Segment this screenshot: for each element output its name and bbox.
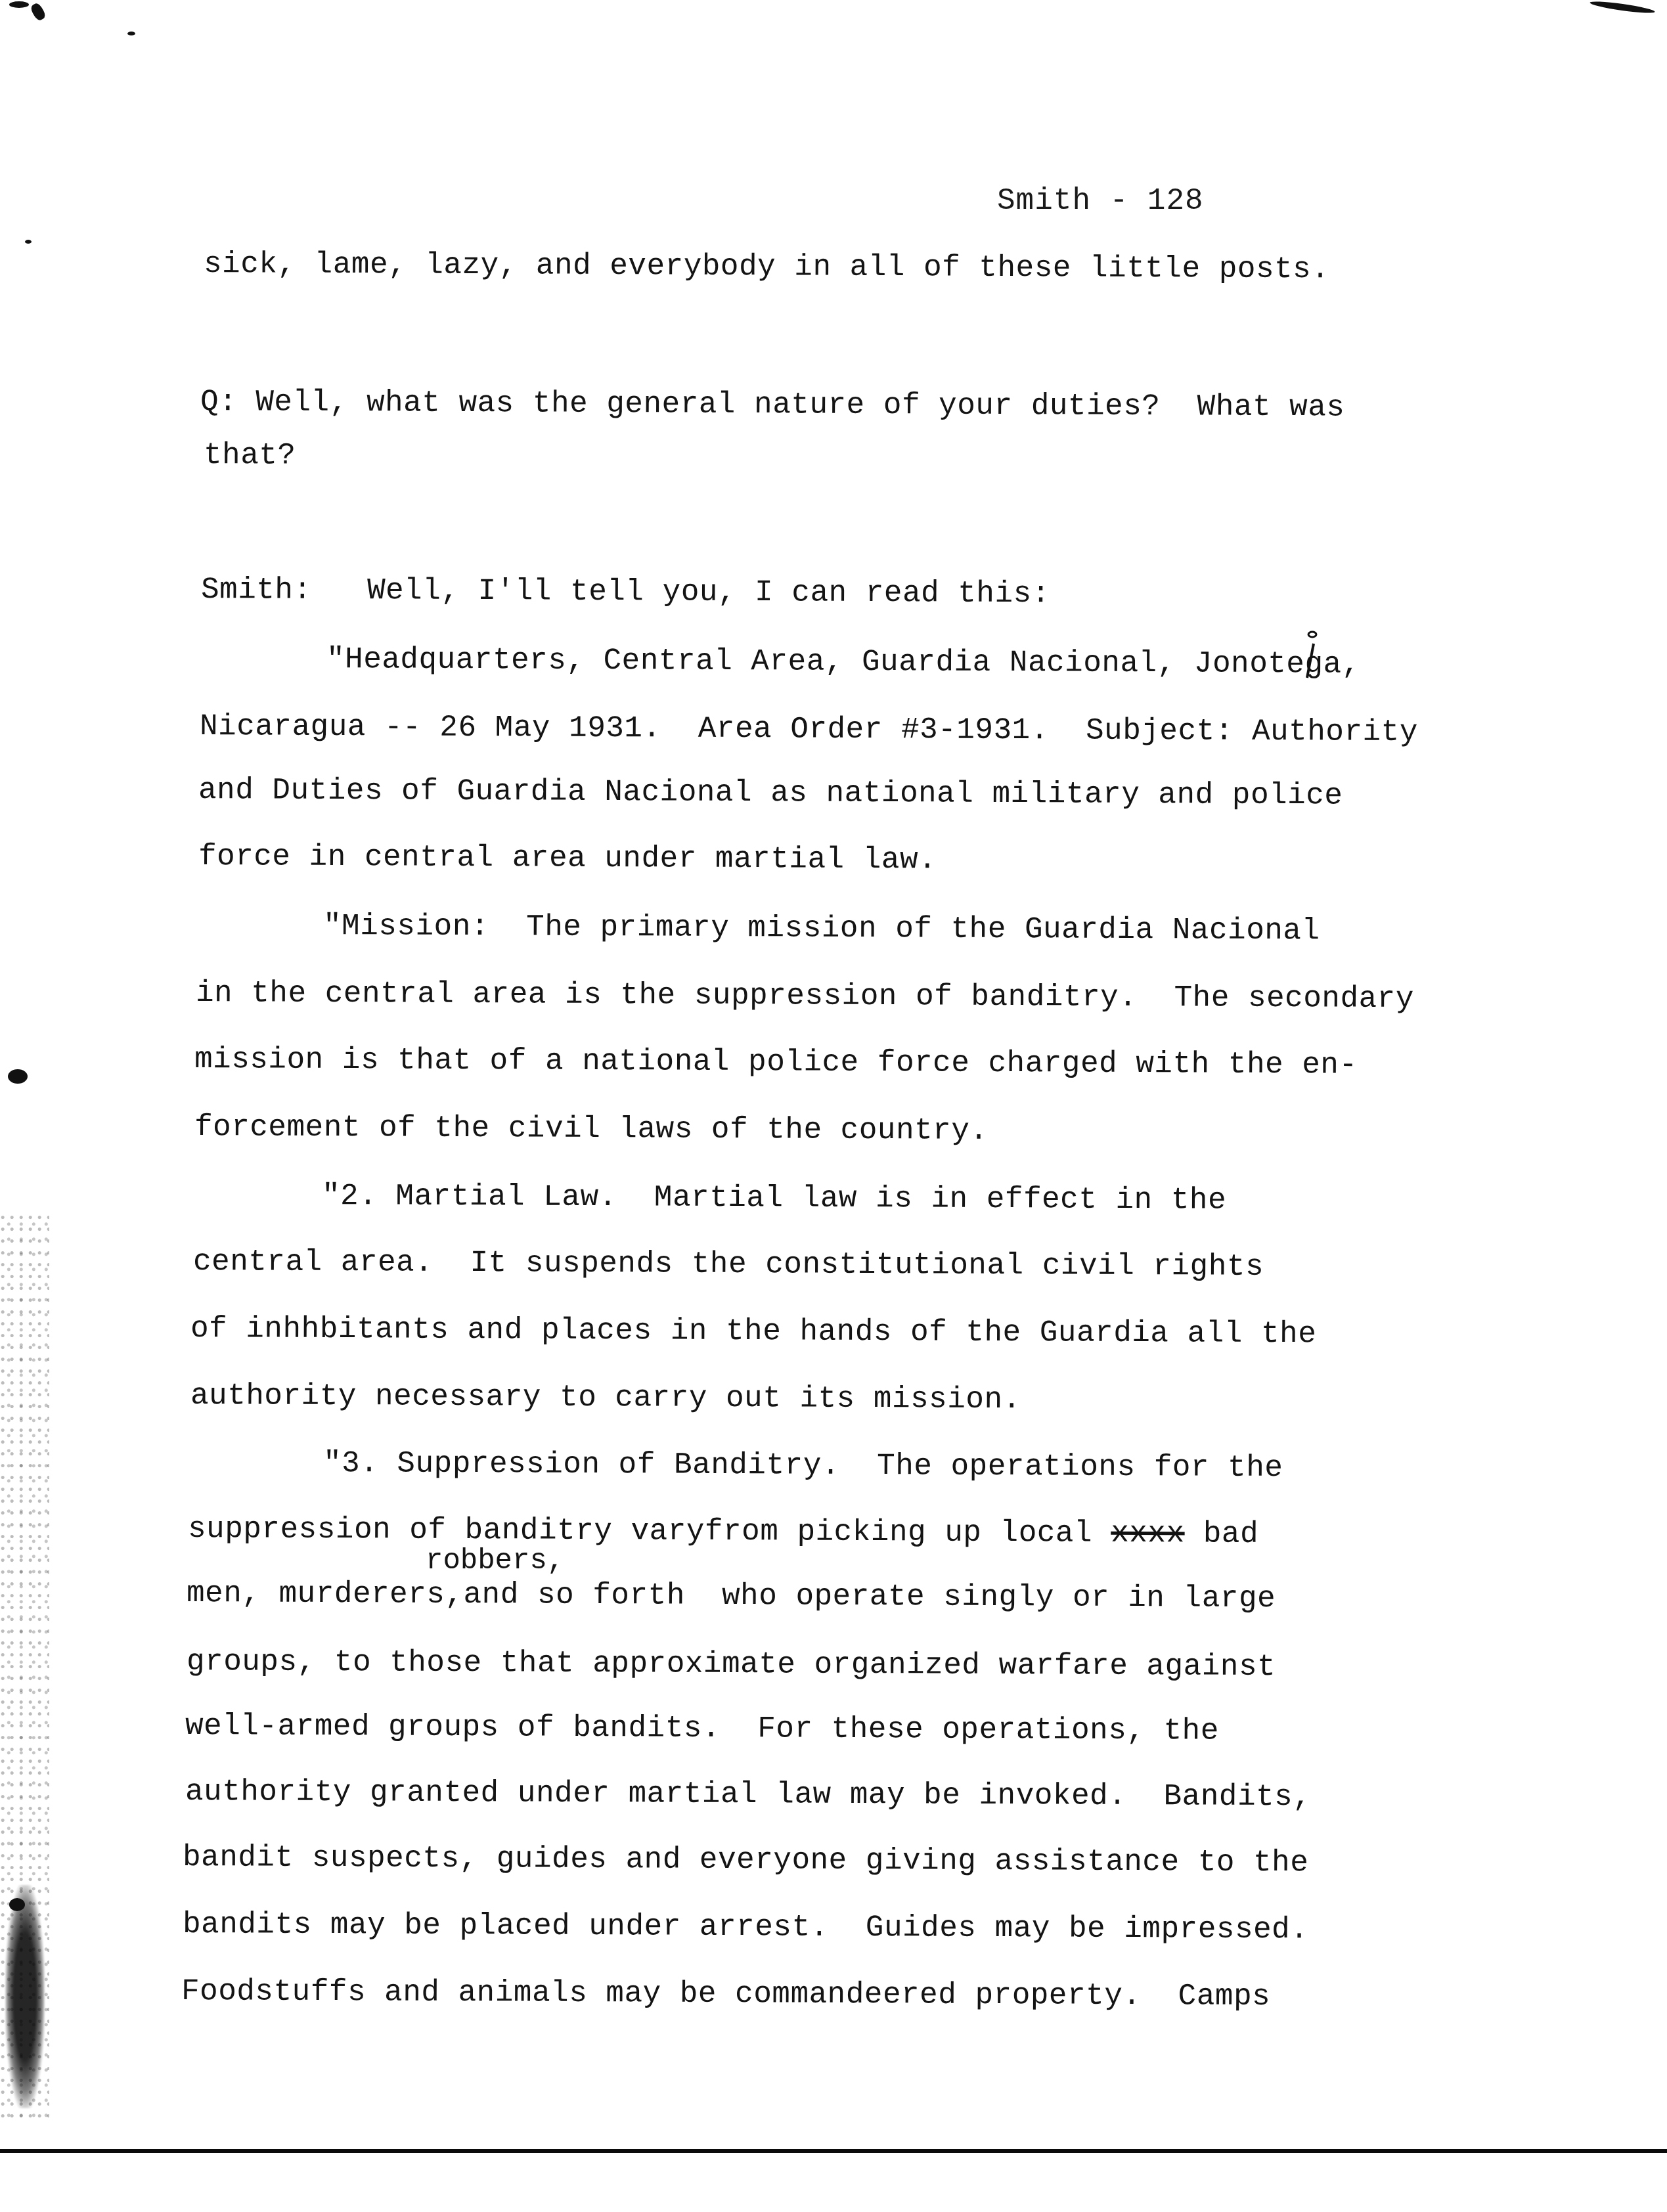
scan-speck bbox=[127, 32, 135, 35]
text-line: in the central area is the suppression o… bbox=[196, 975, 1414, 1017]
text-line: men, murderers,and so forth who operate … bbox=[187, 1575, 1276, 1617]
page-edge-rule bbox=[0, 2149, 1667, 2153]
text-line: groups, to those that approximate organi… bbox=[187, 1643, 1276, 1685]
hole-punch-mark-lower bbox=[9, 1898, 25, 1911]
quote-line: "Mission: The primary mission of the Gua… bbox=[323, 908, 1320, 949]
text-line: bandits may be placed under arrest. Guid… bbox=[183, 1906, 1309, 1948]
text-line: authority necessary to carry out its mis… bbox=[190, 1377, 1021, 1418]
text-line: bandit suspects, guides and everyone giv… bbox=[183, 1839, 1309, 1881]
text-line: sick, lame, lazy, and everybody in all o… bbox=[204, 246, 1330, 288]
text-line: forcement of the civil laws of the count… bbox=[194, 1109, 989, 1149]
text-line: Foodstuffs and animals may be commandeer… bbox=[181, 1973, 1270, 2015]
text-line: well-armed groups of bandits. For these … bbox=[185, 1708, 1219, 1750]
text-line: Nicaragua -- 26 May 1931. Area Order #3-… bbox=[200, 708, 1418, 751]
quote-line: "3. Suppression of Banditry. The operati… bbox=[323, 1445, 1283, 1486]
question-line: Q: Well, what was the general nature of … bbox=[200, 384, 1345, 426]
text-line: mission is that of a national police for… bbox=[194, 1041, 1358, 1084]
text-segment: suppression of banditry varyfrom picking… bbox=[188, 1512, 1092, 1551]
struck-out-text: xxxx bbox=[1111, 1516, 1185, 1551]
text-line: force in central area under martial law. bbox=[198, 838, 937, 878]
text-line: that? bbox=[204, 437, 296, 474]
text-line-with-strikeout: suppression of banditry varyfrom picking… bbox=[188, 1511, 1258, 1553]
scan-blot-top-right bbox=[1589, 0, 1655, 15]
scan-noise-dark-patch bbox=[5, 1885, 45, 2108]
handwritten-correction-mark bbox=[1304, 629, 1318, 682]
text-line: of inhhbitants and places in the hands o… bbox=[190, 1310, 1317, 1352]
page-header: Smith - 128 bbox=[997, 183, 1204, 219]
quote-line: "Headquarters, Central Area, Guardia Nac… bbox=[326, 641, 1360, 683]
scan-blot-top-left-2 bbox=[30, 2, 47, 22]
text-line: central area. It suspends the constituti… bbox=[193, 1243, 1264, 1285]
text-line: authority granted under martial law may … bbox=[185, 1773, 1312, 1815]
hole-punch-mark bbox=[8, 1069, 28, 1084]
interlinear-insertion: robbers, bbox=[426, 1545, 564, 1578]
text-line: and Duties of Guardia Nacional as nation… bbox=[198, 772, 1343, 814]
quote-line: "2. Martial Law. Martial law is in effec… bbox=[322, 1178, 1226, 1219]
scan-speck-left bbox=[25, 240, 32, 244]
text-segment: bad bbox=[1185, 1516, 1259, 1551]
answer-line: Smith: Well, I'll tell you, I can read t… bbox=[201, 571, 1050, 612]
document-page: Smith - 128 sick, lame, lazy, and everyb… bbox=[0, 0, 1667, 2212]
scan-blot-top-left bbox=[9, 1, 29, 8]
